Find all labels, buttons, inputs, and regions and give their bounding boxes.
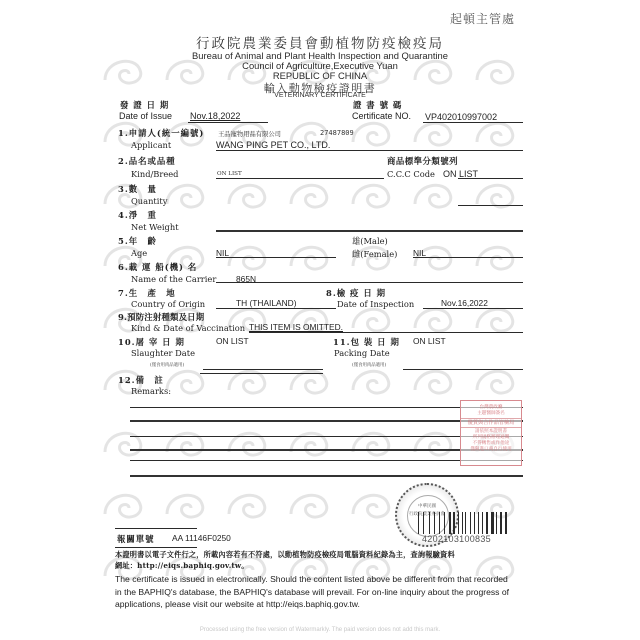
ccc-code-label-zh: 商品標準分類號列 bbox=[387, 155, 458, 167]
quantity-underline bbox=[458, 205, 523, 206]
cert-no-value: VP402010997002 bbox=[425, 112, 497, 122]
kind-breed-label-zh: 2.品名或品種 bbox=[118, 155, 176, 167]
packing-underline bbox=[403, 369, 523, 370]
notice-en-line-2: in the BAPHIQ's database, the BAPHIQ's d… bbox=[115, 586, 509, 599]
sex-underline bbox=[413, 257, 523, 258]
veterinary-certificate-page: 起頓主管處 行政院農業委員會動植物防疫檢疫局 Bureau of Animal … bbox=[0, 0, 640, 640]
female-label: 雌(Female) bbox=[352, 248, 397, 260]
issue-date-label-zh: 發 證 日 期 bbox=[120, 99, 169, 111]
remarks-line-6 bbox=[130, 475, 523, 477]
agency-name-zh: 行政院農業委員會動植物防疫檢疫局 bbox=[0, 32, 640, 52]
net-weight-label-en: Net Weight bbox=[131, 222, 179, 232]
declaration-bottom-line bbox=[115, 547, 197, 548]
applicant-name-zh: 王品寵物用品有限公司 bbox=[218, 129, 281, 138]
slaughter-label-en: Slaughter Date bbox=[131, 348, 195, 358]
kind-breed-underline bbox=[216, 178, 384, 179]
issue-date-label-en: Date of Issue bbox=[119, 111, 172, 121]
vaccination-underline bbox=[249, 332, 523, 333]
cert-no-label-en: Certificate NO. bbox=[352, 111, 411, 121]
slaughter-underline bbox=[203, 369, 323, 370]
seal-text-top: 中華民國 bbox=[397, 503, 457, 509]
age-underline bbox=[216, 257, 336, 258]
remarks-top-underline bbox=[200, 373, 323, 374]
barcode bbox=[418, 512, 508, 534]
packing-note: (僅食用肉品適用) bbox=[352, 362, 386, 368]
applicant-underline bbox=[216, 150, 523, 151]
stamp-line: 優質與合作品管檢局 bbox=[461, 420, 521, 426]
barcode-number: 4202103100835 bbox=[422, 534, 491, 544]
applicant-label-zh: 1.申請人(統一編號) bbox=[118, 127, 204, 139]
male-label: 雄(Male) bbox=[352, 235, 388, 247]
watermark-text: Processed using the free version of Wate… bbox=[0, 627, 640, 633]
age-label-en: Age bbox=[131, 248, 147, 258]
inspection-label-zh: 8.檢 疫 日 期 bbox=[326, 287, 386, 299]
quantity-label-zh: 3.數 量 bbox=[118, 183, 157, 195]
ccc-code-underline bbox=[458, 178, 523, 179]
applicant-id-number: 27487809 bbox=[320, 129, 354, 137]
kind-breed-value: ON LIST bbox=[217, 171, 242, 177]
certificate-title-en: VETERINARY CERTIFICATE bbox=[0, 92, 640, 99]
packing-label-en: Packing Date bbox=[334, 348, 390, 358]
carrier-label-en: Name of the Carrier bbox=[131, 274, 216, 284]
stamp-line: 僅限進口商自行使用 bbox=[461, 447, 521, 453]
issue-date-underline bbox=[188, 122, 268, 123]
applicant-label-en: Applicant bbox=[131, 140, 171, 150]
declaration-top-line bbox=[115, 528, 197, 529]
origin-underline bbox=[216, 308, 336, 309]
notice-en-line-3: applications, please visit our website a… bbox=[115, 598, 360, 611]
stamp-line: 主題醫師簽名 bbox=[461, 411, 521, 417]
cert-no-underline bbox=[423, 122, 523, 123]
slaughter-label-zh: 10.屠 宰 日 期 bbox=[118, 336, 185, 348]
issue-date-value: Nov.18,2022 bbox=[190, 111, 240, 121]
carrier-underline bbox=[216, 282, 523, 283]
notice-en-line-1: The certificate is issued in electronica… bbox=[115, 573, 508, 586]
age-label-zh: 5.年 齡 bbox=[118, 235, 157, 247]
origin-value: TH (THAILAND) bbox=[236, 298, 297, 308]
notice-zh-line-1: 本證明書以電子文件行之，所載內容若有不符處，以動植物防疫檢疫局電腦資料紀錄為主，… bbox=[115, 550, 455, 560]
cert-no-label-zh: 證 書 號 碼 bbox=[353, 99, 402, 111]
inspection-label-en: Date of Inspection bbox=[337, 299, 414, 309]
inspection-value: Nov.16,2022 bbox=[441, 298, 488, 308]
remarks-label-en: Remarks: bbox=[131, 386, 171, 396]
net-weight-underline bbox=[216, 230, 523, 232]
vaccination-label-zh: 9.預防注射種類及日期 bbox=[118, 311, 204, 323]
ccc-code-label-en: C.C.C Code bbox=[387, 169, 435, 179]
slaughter-note: (僅食用肉品適用) bbox=[150, 362, 184, 368]
notice-zh-line-2: 網址：http://eiqs.baphiq.gov.tw。 bbox=[115, 561, 249, 571]
packing-value: ON LIST bbox=[413, 336, 446, 346]
handwritten-note: 起頓主管處 bbox=[450, 10, 515, 27]
inspection-underline bbox=[423, 308, 523, 309]
origin-label-zh: 7.生 產 地 bbox=[118, 287, 176, 299]
declaration-label-zh: 報關單號 bbox=[117, 533, 155, 545]
slaughter-value: ON LIST bbox=[216, 336, 249, 346]
certificate-header: 行政院農業委員會動植物防疫檢疫局 bbox=[0, 32, 640, 52]
kind-breed-label-en: Kind/Breed bbox=[131, 169, 179, 179]
vaccination-label-en: Kind & Date of Vaccination bbox=[131, 323, 245, 333]
remarks-label-zh: 12.備 註 bbox=[118, 374, 164, 386]
quantity-label-en: Quantity bbox=[131, 196, 167, 206]
carrier-label-zh: 6.載 運 船(機) 名 bbox=[118, 261, 197, 273]
applicant-name-en: WANG PING PET CO., LTD. bbox=[216, 140, 330, 150]
net-weight-label-zh: 4.淨 重 bbox=[118, 209, 157, 221]
origin-label-en: Country of Origin bbox=[131, 299, 205, 309]
red-approval-stamp: 台灣農政廳 主題醫師簽名 優質與合作品管檢局 請依照本證明書 所列規格辦理通關 … bbox=[460, 400, 522, 466]
declaration-value: AA 11146F0250 bbox=[172, 533, 231, 543]
packing-label-zh: 11.包 裝 日 期 bbox=[333, 336, 400, 348]
vaccination-value: THIS ITEM IS OMITTED. bbox=[249, 322, 343, 332]
